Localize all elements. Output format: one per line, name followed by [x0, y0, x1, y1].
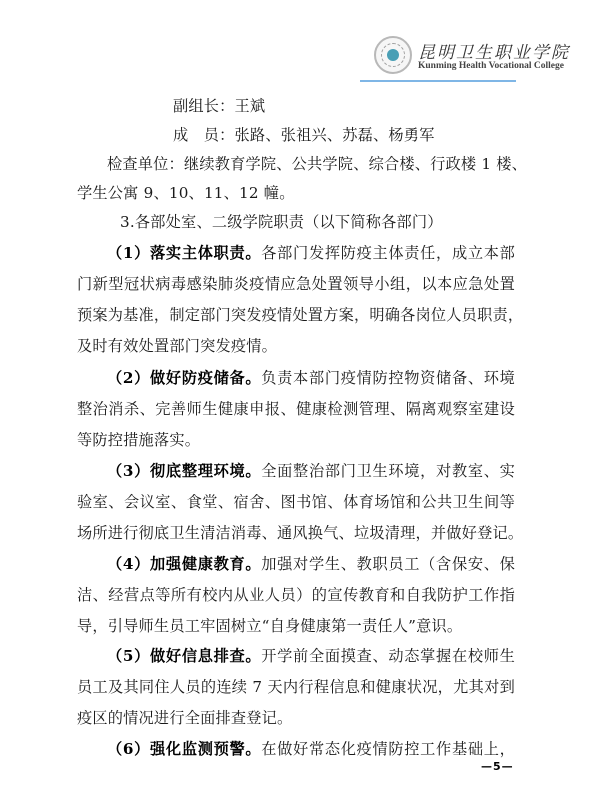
line-text: 各部门发挥防疫主体责任，成立本部	[261, 244, 515, 262]
paragraph-line: （3）彻底整理环境。全面整治部门卫生环境，对教室、实	[77, 458, 515, 484]
line-text: 成 员：张路、张祖兴、苏磊、杨勇军	[173, 126, 435, 144]
paragraph-line: 检查单位：继续教育学院、公共学院、综合楼、行政楼 1 楼、	[77, 151, 515, 177]
paragraph-line: （1）落实主体职责。各部门发挥防疫主体责任，成立本部	[77, 240, 515, 266]
section-heading: （6）强化监测预警。	[107, 740, 261, 758]
paragraph-line: （2）做好防疫储备。负责本部门疫情防控物资储备、环境	[77, 365, 515, 391]
paragraph-line: 疫区的情况进行全面排查登记。	[77, 705, 515, 731]
paragraph-line: 及时有效处置部门突发疫情。	[77, 333, 515, 359]
paragraph-line: 预案为基准，制定部门突发疫情处置方案，明确各岗位人员职责，	[77, 302, 515, 328]
paragraph-line: 整治消杀、完善师生健康申报、健康检测管理、隔离观察室建设	[77, 396, 515, 422]
line-text: 及时有效处置部门突发疫情。	[77, 337, 277, 355]
paragraph-line: 员工及其同住人员的连续 7 天内行程信息和健康状况，尤其对到	[77, 674, 515, 700]
paragraph-line: 洁、经营点等所有校内从业人员）的宣传教育和自我防护工作指	[77, 582, 515, 608]
page-number: —5—	[481, 760, 514, 773]
line-text: 负责本部门疫情防控物资储备、环境	[261, 369, 515, 387]
paragraph-line: 等防控措施落实。	[77, 427, 515, 453]
line-text: 洁、经营点等所有校内从业人员）的宣传教育和自我防护工作指	[77, 586, 515, 604]
paragraph-line: （6）强化监测预警。在做好常态化疫情防控工作基础上，	[77, 736, 515, 762]
letterhead: 昆明卫生职业学院 Kunming Health Vocational Colle…	[372, 34, 572, 82]
line-text: 场所进行彻底卫生清洁消毒、通风换气、垃圾清理，并做好登记。	[77, 524, 523, 542]
line-text: 开学前全面摸查、动态掌握在校师生	[261, 647, 515, 665]
school-name-chinese: 昆明卫生职业学院	[418, 38, 570, 63]
line-text: 预案为基准，制定部门突发疫情处置方案，明确各岗位人员职责，	[77, 306, 523, 324]
line-text: 验室、会议室、食堂、宿舍、图书馆、体育场馆和公共卫生间等	[77, 493, 515, 511]
school-seal-icon	[374, 36, 412, 74]
paragraph-line: 学生公寓 9、10、11、12 幢。	[77, 180, 515, 206]
line-text: 员工及其同住人员的连续 7 天内行程信息和健康状况，尤其对到	[77, 678, 515, 696]
line-text: 加强对学生、教职员工（含保安、保	[261, 555, 515, 573]
paragraph-line: 副组长：王斌	[77, 93, 515, 119]
section-heading: （5）做好信息排查。	[107, 647, 261, 665]
paragraph-line: 场所进行彻底卫生清洁消毒、通风换气、垃圾清理，并做好登记。	[77, 520, 515, 546]
school-name-english: Kunming Health Vocational College	[418, 61, 564, 71]
line-text: 3.各部处室、二级学院职责（以下简称各部门）	[120, 213, 443, 231]
line-text: 检查单位：继续教育学院、公共学院、综合楼、行政楼 1 楼、	[107, 155, 527, 173]
section-heading: （3）彻底整理环境。	[107, 462, 261, 480]
paragraph-line: 验室、会议室、食堂、宿舍、图书馆、体育场馆和公共卫生间等	[77, 489, 515, 515]
line-text: 导，引导师生员工牢固树立“自身健康第一责任人”意识。	[77, 617, 462, 635]
section-heading: （4）加强健康教育。	[107, 555, 261, 573]
paragraph-line: （4）加强健康教育。加强对学生、教职员工（含保安、保	[77, 551, 515, 577]
line-text: 整治消杀、完善师生健康申报、健康检测管理、隔离观察室建设	[77, 400, 515, 418]
header-divider	[360, 80, 516, 82]
paragraph-line: 成 员：张路、张祖兴、苏磊、杨勇军	[77, 122, 515, 148]
paragraph-line: 3.各部处室、二级学院职责（以下简称各部门）	[77, 209, 515, 235]
line-text: 门新型冠状病毒感染肺炎疫情应急处置领导小组，以本应急处置	[77, 275, 515, 293]
line-text: 等防控措施落实。	[77, 431, 200, 449]
line-text: 学生公寓 9、10、11、12 幢。	[77, 184, 295, 202]
paragraph-line: 导，引导师生员工牢固树立“自身健康第一责任人”意识。	[77, 613, 515, 639]
section-heading: （1）落实主体职责。	[107, 244, 261, 262]
section-heading: （2）做好防疫储备。	[107, 369, 261, 387]
line-text: 全面整治部门卫生环境，对教室、实	[261, 462, 515, 480]
paragraph-line: 门新型冠状病毒感染肺炎疫情应急处置领导小组，以本应急处置	[77, 271, 515, 297]
line-text: 副组长：王斌	[173, 97, 265, 115]
line-text: 在做好常态化疫情防控工作基础上，	[261, 740, 515, 758]
paragraph-line: （5）做好信息排查。开学前全面摸查、动态掌握在校师生	[77, 643, 515, 669]
line-text: 疫区的情况进行全面排查登记。	[77, 709, 292, 727]
